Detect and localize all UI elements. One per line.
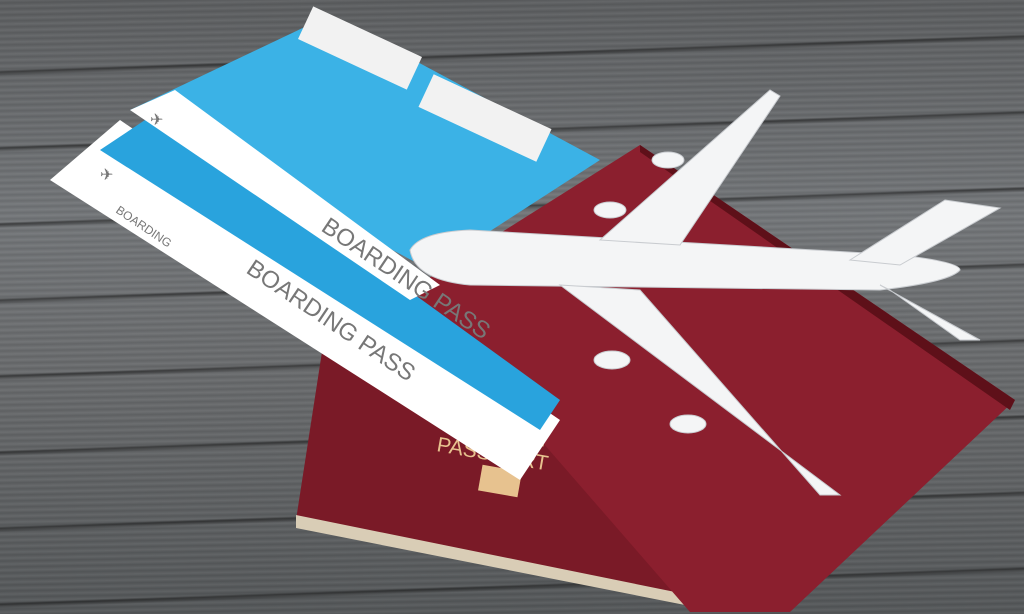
- airplane-icon: ✈: [100, 167, 113, 184]
- photo-scene: PASSPORT PASSPORT PASSPORT BOARDING PASS…: [0, 0, 1024, 614]
- airplane-icon-front: ✈: [150, 112, 163, 129]
- wooden-table-background: PASSPORT PASSPORT PASSPORT BOARDING PASS…: [0, 0, 1024, 614]
